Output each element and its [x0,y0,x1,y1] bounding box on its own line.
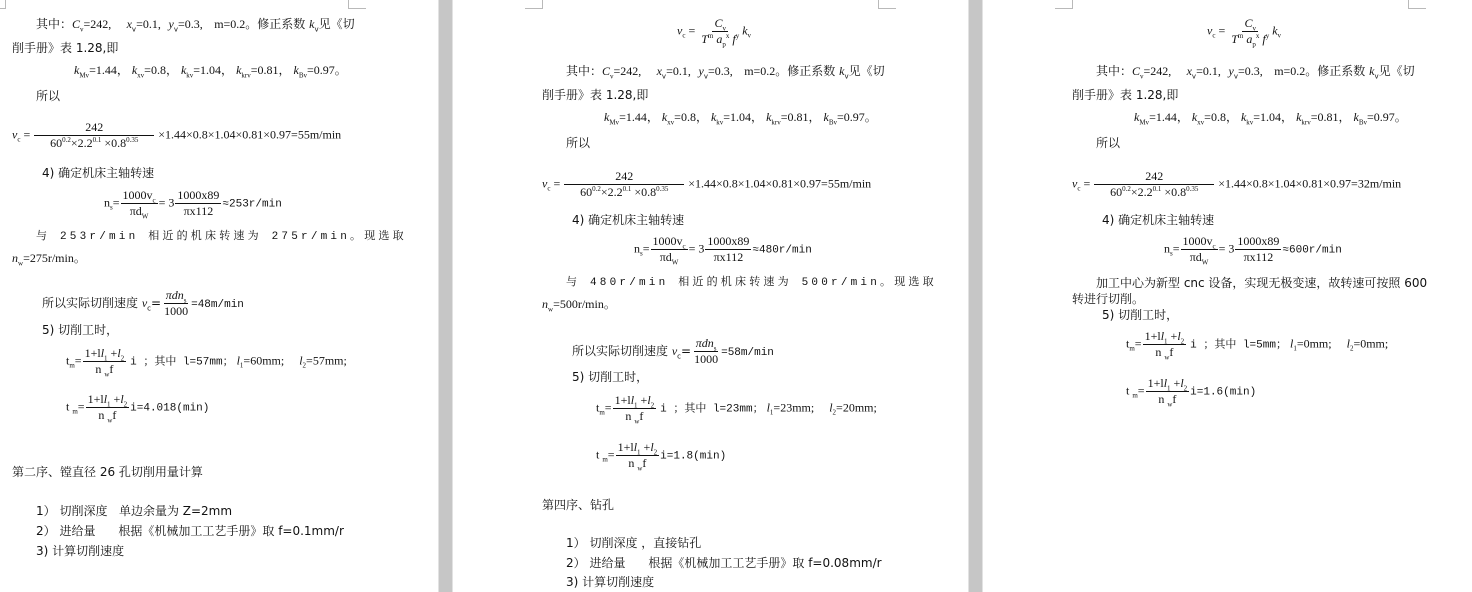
vc-calculation: vc = 242600.2×2.20.1 ×0.80.35 ×1.44×0.8×… [1072,169,1401,200]
step-4-label: 4) 确定机床主轴转速 [42,165,154,181]
coefficients-line: 其中：Cv=242, xv=0.1, yv=0.3, m=0.2。修正系数 kv… [1096,63,1415,79]
cnc-note-line-1: 加工中心为新型 cnc 设备，实现无极变速，故转速可按照 600 [1096,275,1427,291]
machining-time-result: t m=1+ll1 +l2n wfi=1.6(min) [1126,376,1256,407]
spindle-speed-formula: ns=1000vcπdW= 31000x89πx112≈480r/min [634,234,812,265]
page-corner-mark [1408,0,1426,9]
actual-speed-line: 所以实际切削速度 vc=πdns1000=48m/min [42,288,244,319]
cutting-speed-formula: vc = CvTm apx fykv [1207,16,1281,47]
cutting-speed-formula: vc = CvTm apx fykv [677,16,751,47]
machining-time-result: t m=1+ll1 +l2n wfi=1.8(min) [596,440,726,471]
list-item: 3) 计算切削速度 [566,574,654,590]
speed-selection-text: 与 480r/min 相近的机床转速为 500r/min。现选取 [566,275,937,291]
machining-time-formula: tm=1+ll1 +l2n wf i ；其中 l=5mm； l1=0mm; l2… [1126,329,1388,360]
vc-calculation: vc = 242600.2×2.20.1 ×0.80.35 ×1.44×0.8×… [542,169,871,200]
vc-calculation: vc = 242600.2×2.20.1 ×0.80.35 ×1.44×0.8×… [12,120,341,151]
list-item: 3) 计算切削速度 [36,543,124,559]
so-label: 所以 [1096,135,1120,151]
nw-value: nw=275r/min。 [12,250,86,266]
document-page-3: vc = CvTm apx fykv 其中：Cv=242, xv=0.1, yv… [983,0,1472,592]
machining-time-formula: tm=1+ll1 +l2n wf i ；其中 l=23mm； l1=23mm; … [596,393,877,424]
page-corner-mark [348,0,366,9]
speed-selection-text: 与 253r/min 相近的机床转速为 275r/min。现选取 [36,229,407,245]
so-label: 所以 [36,88,60,104]
step-5-label: 5) 切削工时， [572,369,648,385]
step-4-label: 4) 确定机床主轴转速 [1102,212,1214,228]
k-values-line: kMv=1.44， kxv=0.8， kkv=1.04， kkrv=0.81， … [1134,109,1407,125]
section-title: 第二序、镗直径 26 孔切削用量计算 [12,464,203,480]
page-corner-mark [878,0,896,9]
page-gutter-2 [968,0,983,592]
coefficients-line-2: 削手册》表 1.28,即 [1072,87,1178,103]
page-corner-mark [525,0,543,9]
coefficients-line: 其中：Cv=242, xv=0.1, yv=0.3, m=0.2。修正系数 kv… [566,63,885,79]
actual-speed-line: 所以实际切削速度 vc=πdns1000=58m/min [572,336,774,367]
list-item: 1） 切削深度 单边余量为 Z=2mm [36,503,232,519]
k-values-line: kMv=1.44， kxv=0.8， kkv=1.04， kkrv=0.81， … [604,109,877,125]
section-title: 第四序、钻孔 [542,497,614,513]
page-corner-mark [1055,0,1073,9]
machining-time-formula: tm=1+ll1 +l2n wf i ；其中 l=57mm； l1=60mm; … [66,346,347,377]
step-5-label: 5) 切削工时， [42,322,118,338]
coefficients-line-2: 削手册》表 1.28,即 [12,40,118,56]
list-item: 2） 进给量 根据《机械加工工艺手册》取 f=0.08mm/r [566,555,882,571]
step-4-label: 4) 确定机床主轴转速 [572,212,684,228]
spindle-speed-formula: ns=1000vcπdW= 31000x89πx112≈600r/min [1164,234,1342,265]
cnc-note-line-2: 转进行切削。 [1072,291,1144,307]
list-item: 2） 进给量 根据《机械加工工艺手册》取 f=0.1mm/r [36,523,344,539]
list-item: 1） 切削深度 ，直接钻孔 [566,535,701,551]
step-5-label: 5) 切削工时， [1102,307,1178,323]
k-values-line: kMv=1.44， kxv=0.8， kkv=1.04， kkrv=0.81， … [74,62,347,78]
document-page-1: 其中：Cv=242, xv=0.1, yv=0.3, m=0.2。修正系数 kv… [0,0,438,592]
coefficients-line-2: 削手册》表 1.28,即 [542,87,648,103]
spindle-speed-formula: ns=1000vcπdW= 31000x89πx112≈253r/min [104,188,282,219]
document-page-2: vc = CvTm apx fykv 其中：Cv=242, xv=0.1, yv… [453,0,968,592]
so-label: 所以 [566,135,590,151]
nw-value: nw=500r/min。 [542,296,616,312]
coefficients-line: 其中：Cv=242, xv=0.1, yv=0.3, m=0.2。修正系数 kv… [36,16,355,32]
machining-time-result: t m=1+ll1 +l2n wfi=4.018(min) [66,392,209,423]
page-corner-mark [0,0,6,9]
page-gutter-1 [438,0,453,592]
